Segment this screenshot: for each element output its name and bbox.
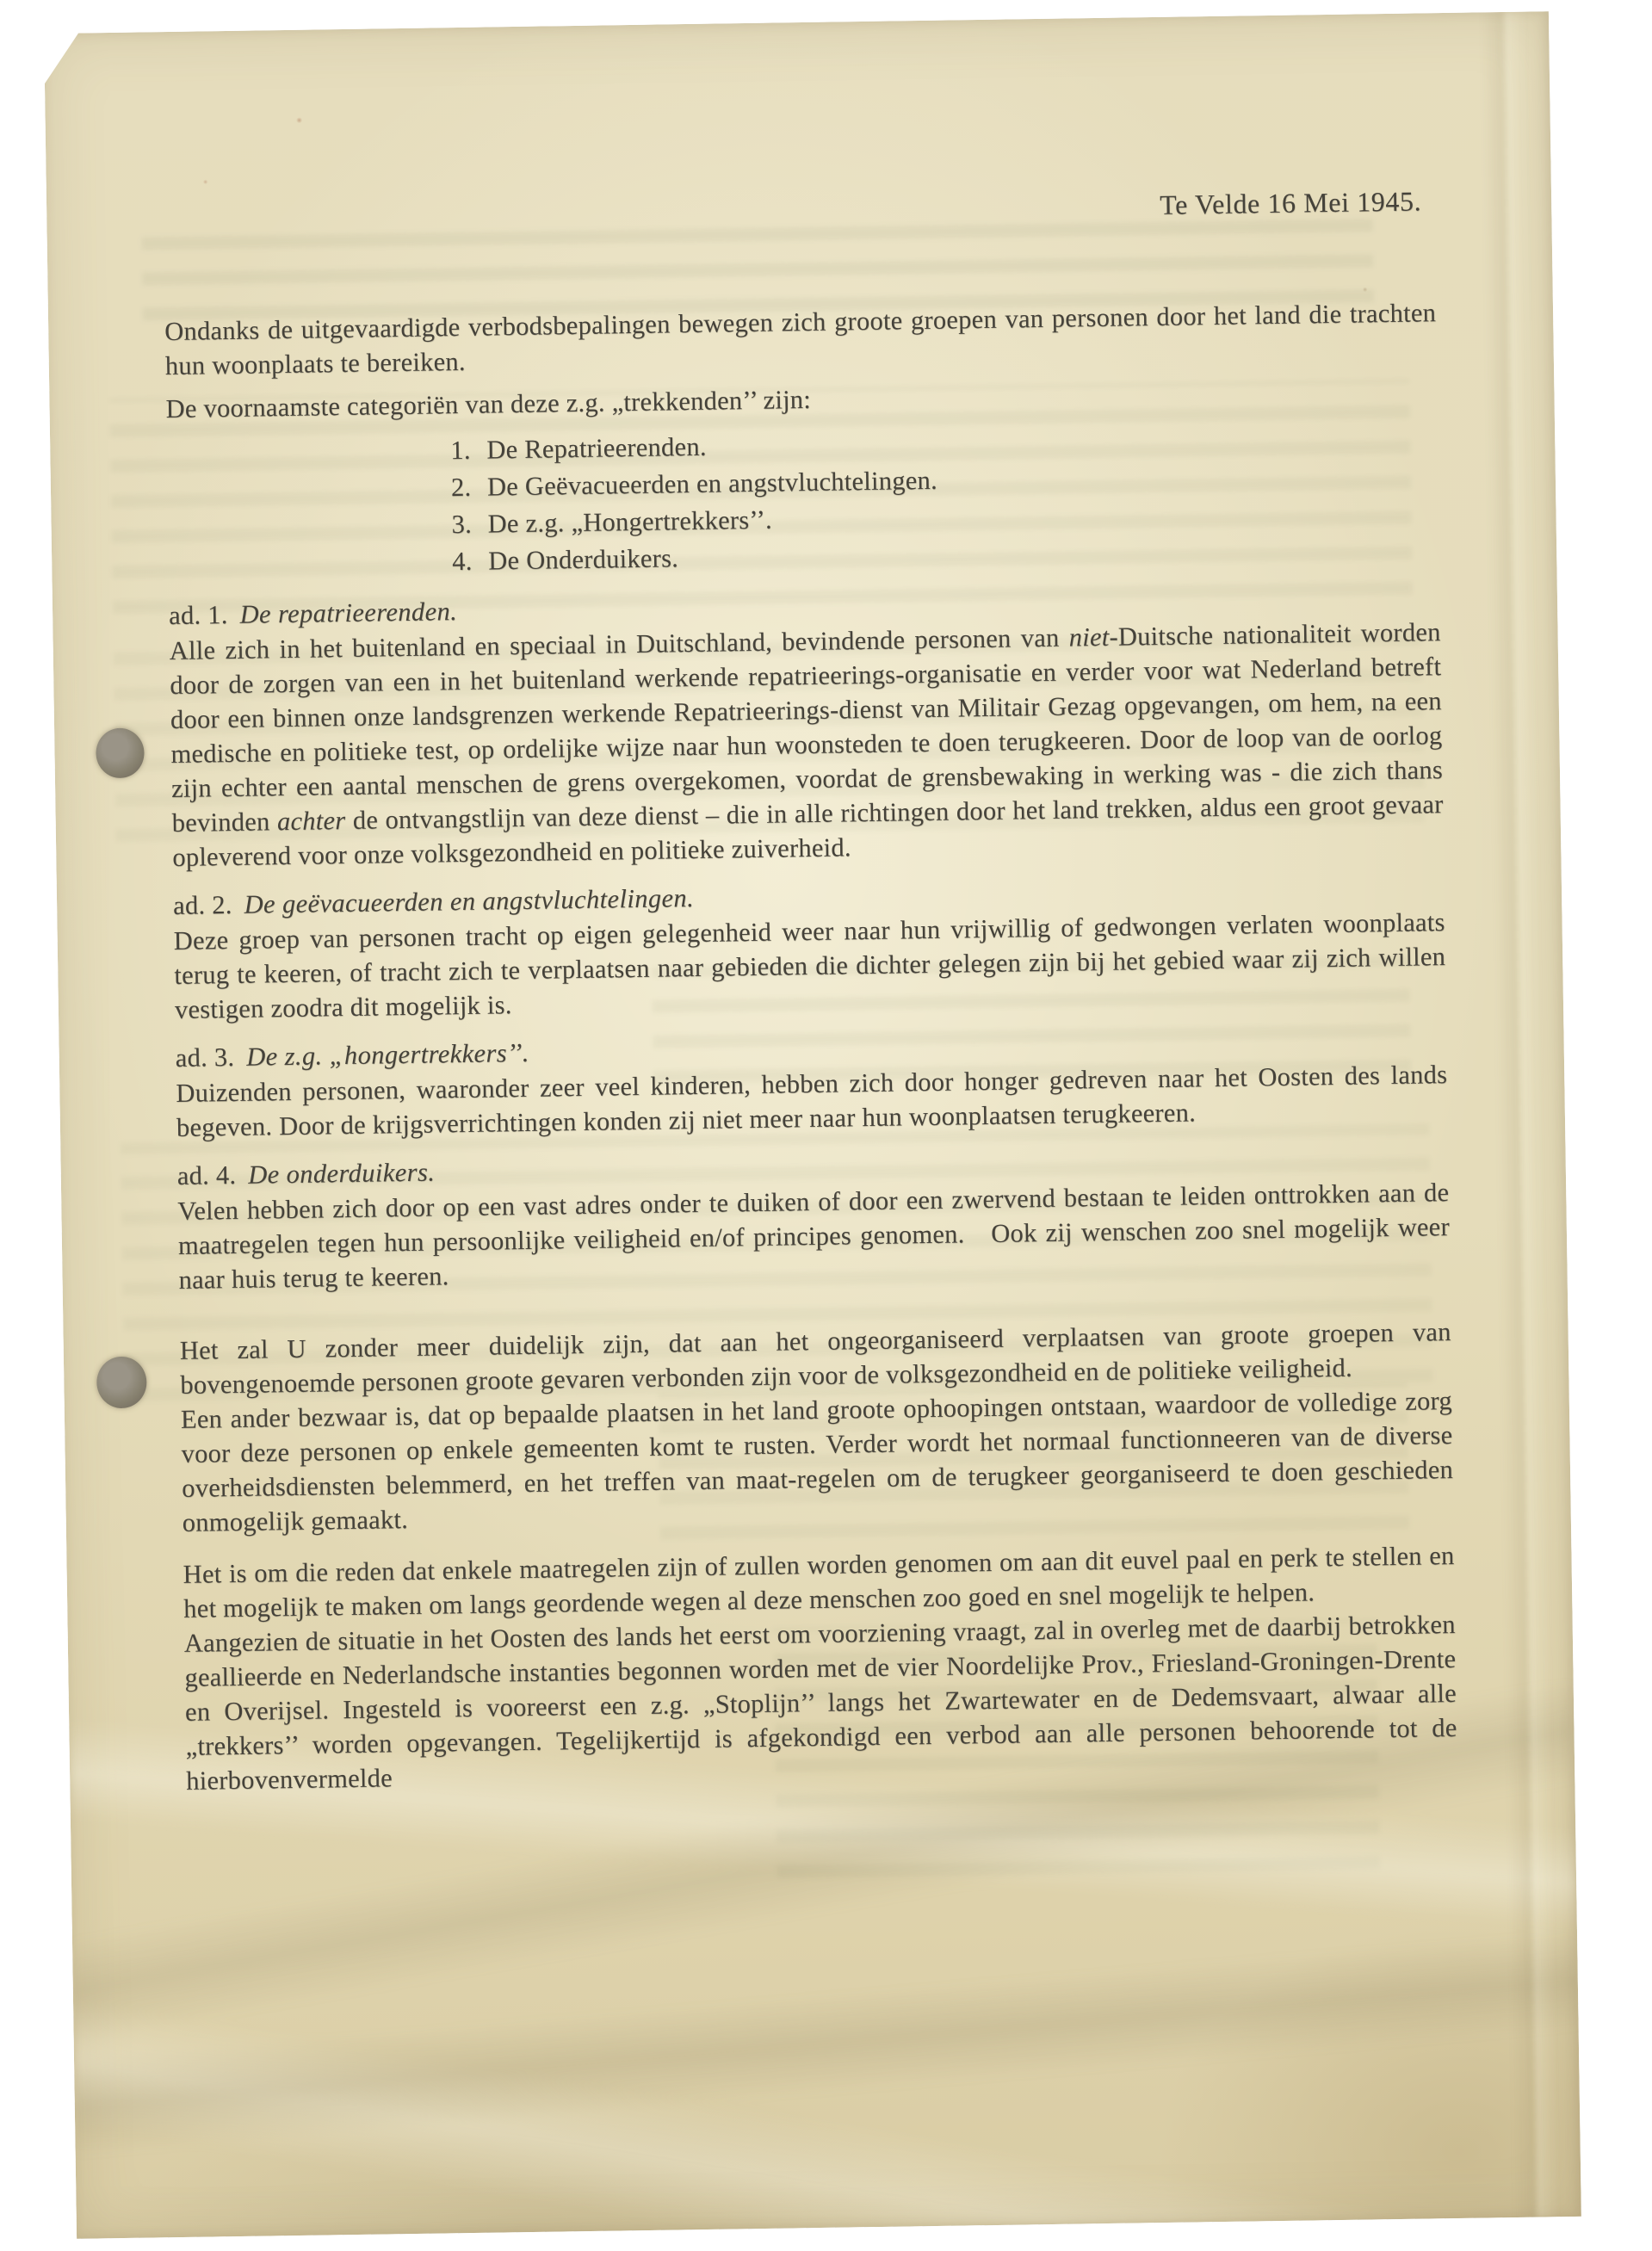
section-marker: ad. 1. <box>169 600 228 630</box>
list-item-label: De Repatrieerenden. <box>486 429 707 469</box>
section-title: De geëvacueerden en angstvluchtelingen. <box>244 883 694 919</box>
section-marker: ad. 4. <box>177 1160 237 1190</box>
document-page: Te Velde 16 Mei 1945. Ondanks de uitgeva… <box>44 11 1581 2239</box>
list-item-label: De Onderduikers. <box>488 540 678 579</box>
closing-paragraph: Aangezien de situatie in het Oosten des … <box>184 1607 1458 1798</box>
section-body: Deze groep van personen tracht op eigen … <box>173 905 1446 1027</box>
section-marker: ad. 3. <box>176 1042 235 1073</box>
list-item-number: 1. <box>450 432 487 470</box>
categories-list: 1. De Repatrieerenden. 2. De Geëvacueerd… <box>450 417 1439 580</box>
section-title: De onderduikers. <box>248 1158 436 1190</box>
section-body: Velen hebben zich door op een vast adres… <box>177 1175 1451 1297</box>
document-body: Ondanks de uitgevaardigde verbodsbepalin… <box>164 295 1457 1798</box>
list-item-number: 2. <box>451 469 488 507</box>
closing-paragraph: Een ander bezwaar is, dat op bepaalde pl… <box>181 1383 1454 1540</box>
list-item-number: 3. <box>451 506 488 544</box>
section-marker: ad. 2. <box>173 890 232 920</box>
section-title: De repatrieerenden. <box>239 597 457 629</box>
list-item-label: De Geëvacueerden en angstvluchtelingen. <box>487 462 938 506</box>
section-title: De z.g. „hongertrekkers’’. <box>246 1038 529 1072</box>
list-item-number: 4. <box>452 543 489 581</box>
categories-lead: De voornaamste categoriën van deze z.g. … <box>165 373 1437 426</box>
section-body: Alle zich in het buitenland en speciaal … <box>169 615 1444 875</box>
list-item-label: De z.g. „Hongertrekkers’’. <box>487 502 772 543</box>
paper-fold-line <box>1480 12 1559 2218</box>
